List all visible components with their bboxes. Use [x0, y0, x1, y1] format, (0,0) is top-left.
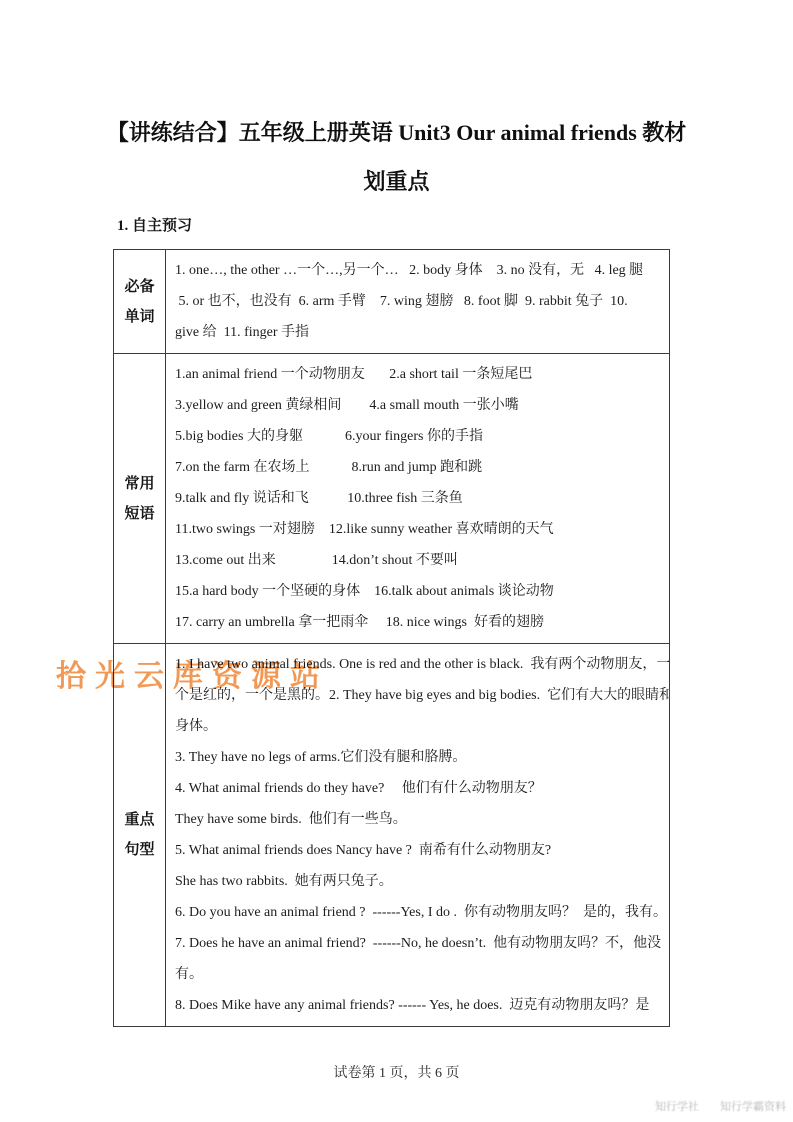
row-header-label: 重点 [116, 805, 163, 835]
page-title-line1: 【讲练结合】五年级上册英语 Unit3 Our animal friends 教… [0, 108, 793, 157]
content-line: 5. or 也不，也没有 6. arm 手臂 7. wing 翅膀 8. foo… [175, 286, 663, 317]
row-header-words: 必备 单词 [114, 250, 166, 354]
section-heading: 1. 自主预习 [117, 216, 793, 236]
row-header-label: 短语 [116, 499, 163, 529]
footer-page-number: 试卷第 1 页，共 6 页 [0, 1062, 793, 1082]
content-line: 13.come out 出来 14.don’t shout 不要叫 [175, 545, 663, 576]
content-line: 1. I have two animal friends. One is red… [175, 649, 663, 680]
document-page: 【讲练结合】五年级上册英语 Unit3 Our animal friends 教… [0, 0, 793, 1122]
row-header-label: 句型 [116, 835, 163, 865]
content-line: 11.two swings 一对翅膀 12.like sunny weather… [175, 514, 663, 545]
table-row-words: 必备 单词 1. one…, the other …一个…,另一个… 2. bo… [114, 250, 670, 354]
watermark-corner-left: 知行学社 [655, 1101, 699, 1113]
page-title: 【讲练结合】五年级上册英语 Unit3 Our animal friends 教… [0, 0, 793, 206]
content-line: 身体。 [175, 711, 663, 742]
content-line: 4. What animal friends do they have? 他们有… [175, 773, 663, 804]
content-line: 3.yellow and green 黄绿相间 4.a small mouth … [175, 390, 663, 421]
content-line: give 给 11. finger 手指 [175, 317, 663, 348]
vocab-table: 必备 单词 1. one…, the other …一个…,另一个… 2. bo… [113, 249, 670, 1027]
row-content-phrases: 1.an animal friend 一个动物朋友 2.a short tail… [166, 354, 670, 644]
content-line: 6. Do you have an animal friend ? ------… [175, 897, 663, 928]
row-content-words: 1. one…, the other …一个…,另一个… 2. body 身体 … [166, 250, 670, 354]
content-line: 个是红的，一个是黑的。2. They have big eyes and big… [175, 680, 663, 711]
content-line: 5.big bodies 大的身躯 6.your fingers 你的手指 [175, 421, 663, 452]
table-row-phrases: 常用 短语 1.an animal friend 一个动物朋友 2.a shor… [114, 354, 670, 644]
row-header-phrases: 常用 短语 [114, 354, 166, 644]
page-title-line2: 划重点 [0, 157, 793, 206]
watermark-corner-right: 知行学霸资料 [720, 1101, 786, 1113]
row-header-label: 常用 [116, 469, 163, 499]
content-line: 5. What animal friends does Nancy have ?… [175, 835, 663, 866]
content-line: 3. They have no legs of arms.它们没有腿和胳膊。 [175, 742, 663, 773]
row-header-label: 必备 [116, 272, 163, 302]
watermark-corner: 知行学社 知行学霸资料 [637, 1098, 786, 1114]
content-line: They have some birds. 他们有一些鸟。 [175, 804, 663, 835]
content-line: 1. one…, the other …一个…,另一个… 2. body 身体 … [175, 255, 663, 286]
row-content-sentences: 1. I have two animal friends. One is red… [166, 644, 670, 1027]
table-row-sentences: 重点 句型 1. I have two animal friends. One … [114, 644, 670, 1027]
content-line: 1.an animal friend 一个动物朋友 2.a short tail… [175, 359, 663, 390]
content-line: She has two rabbits. 她有两只兔子。 [175, 866, 663, 897]
content-line: 9.talk and fly 说话和飞 10.three fish 三条鱼 [175, 483, 663, 514]
content-line: 7.on the farm 在农场上 8.run and jump 跑和跳 [175, 452, 663, 483]
content-line: 8. Does Mike have any animal friends? --… [175, 990, 663, 1021]
row-header-label: 单词 [116, 302, 163, 332]
content-line: 有。 [175, 959, 663, 990]
row-header-sentences: 重点 句型 [114, 644, 166, 1027]
content-line: 17. carry an umbrella 拿一把雨伞 18. nice win… [175, 607, 663, 638]
content-line: 7. Does he have an animal friend? ------… [175, 928, 663, 959]
content-line: 15.a hard body 一个坚硬的身体 16.talk about ani… [175, 576, 663, 607]
